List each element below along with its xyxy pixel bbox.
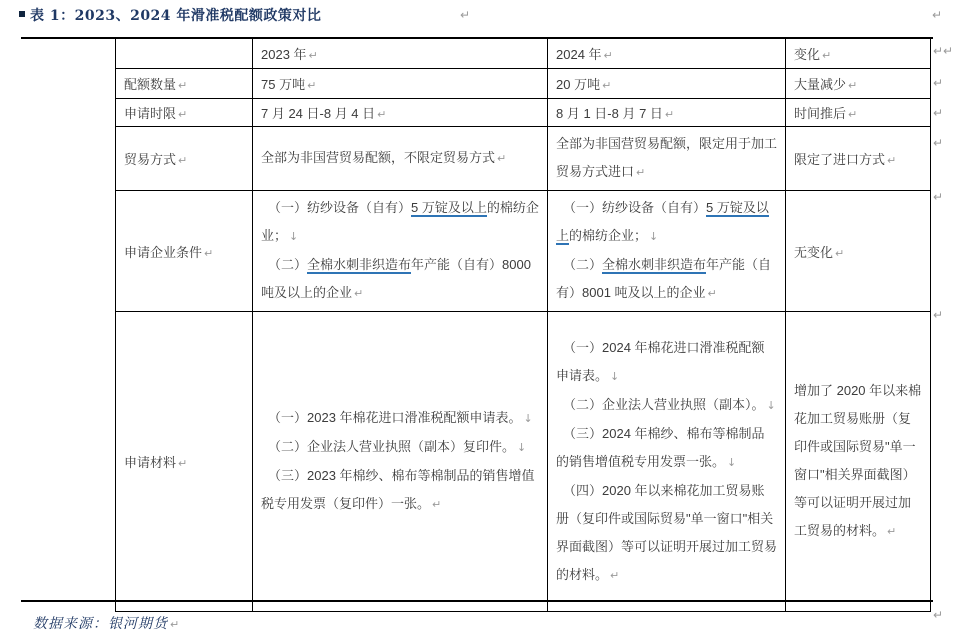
row-label-text: 配额数量 xyxy=(124,77,176,92)
cell-end-mark-icon: ↵ xyxy=(178,457,187,470)
item-text: （四）2020 年以来棉花加工贸易账册（复印件或国际贸易"单一窗口"相关界面截图… xyxy=(556,483,777,582)
table-row-deadline: 申请时限↵ 7 月 24 日-8 月 4 日↵ 8 月 1 日-8 月 7 日↵… xyxy=(116,99,931,127)
header-2023-text: 2023 年 xyxy=(261,47,307,62)
table-header-row: 2023 年↵ 2024 年↵ 变化↵ xyxy=(116,39,931,69)
cell-text: 增加了 2020 年以来棉花加工贸易账册（复印件或国际贸易"单一窗口"相关界面截… xyxy=(794,383,921,538)
underlined-text: 全棉水刺非织造布 xyxy=(602,257,706,274)
cell-text: 8 月 1 日-8 月 7 日 xyxy=(556,106,663,121)
item-text: （三）2023 年棉纱、棉布等棉制品的销售增值税专用发票（复印件）一张。 xyxy=(261,468,535,511)
quota-2024-cell: 20 万吨↵ xyxy=(548,69,786,99)
cell-text: 75 万吨 xyxy=(261,77,305,92)
data-source-note: 数据来源：银河期货↵ xyxy=(33,613,180,633)
cell-end-mark-icon: ↵ xyxy=(848,108,857,121)
item-text: （二）企业法人营业执照（副本）复印件。 xyxy=(268,439,515,454)
table-row-quota: 配额数量↵ 75 万吨↵ 20 万吨↵ 大量减少↵ xyxy=(116,69,931,99)
cell-end-mark-icon: ↵ xyxy=(307,79,316,92)
item-text: （一）2024 年棉花进口滑准税配额申请表。 xyxy=(556,340,765,383)
condition-item: （二）全棉水刺非织造布年产能（自有）8001 吨及以上的企业↵ xyxy=(556,251,777,308)
item-text: （一）纺纱设备（自有） xyxy=(268,200,411,215)
deadline-2024-cell: 8 月 1 日-8 月 7 日↵ xyxy=(548,99,786,127)
material-item: （四）2020 年以来棉花加工贸易账册（复印件或国际贸易"单一窗口"相关界面截图… xyxy=(556,477,777,590)
row-end-mark-icon: ↵ xyxy=(933,190,943,204)
table-row-enterprise-conditions: 申请企业条件↵ （一）纺纱设备（自有）5 万锭及以上的棉纺企业；↓ （二）全棉水… xyxy=(116,191,931,312)
header-cell-2024: 2024 年↵ xyxy=(548,39,786,69)
cell-text: 20 万吨 xyxy=(556,77,600,92)
policy-comparison-table: 2023 年↵ 2024 年↵ 变化↵ 配额数量↵ 75 万吨↵ 20 万吨↵ … xyxy=(115,38,931,612)
cell-end-mark-icon: ↵ xyxy=(636,166,645,179)
item-text: （二） xyxy=(563,257,602,272)
trade-mode-change-cell: 限定了进口方式↵ xyxy=(786,127,931,191)
trade-mode-2024-cell: 全部为非国营贸易配额，限定用于加工贸易方式进口↵ xyxy=(548,127,786,191)
cell-end-mark-icon: ↵ xyxy=(602,79,611,92)
row-end-mark-icon: ↵ xyxy=(933,308,943,322)
material-item: （三）2023 年棉纱、棉布等棉制品的销售增值税专用发票（复印件）一张。↵ xyxy=(261,462,539,519)
row-label-quota: 配额数量↵ xyxy=(116,69,253,99)
line-break-mark-icon: ↓ xyxy=(517,441,526,454)
row-end-mark-icon: ↵ xyxy=(933,136,943,150)
paragraph-mark-icon: ↵ xyxy=(460,8,470,22)
paragraph-mark-icon: ↵ xyxy=(170,618,180,631)
caption-bullet-icon xyxy=(19,11,25,17)
underlined-text: 全棉水刺非织造布 xyxy=(307,257,411,274)
cell-text: 全部为非国营贸易配额，限定用于加工贸易方式进口 xyxy=(556,136,777,179)
trade-mode-2023-cell: 全部为非国营贸易配额，不限定贸易方式↵ xyxy=(253,127,548,191)
cell-end-mark-icon: ↵ xyxy=(708,287,717,300)
line-break-mark-icon: ↓ xyxy=(524,412,533,425)
cell-text: 无变化 xyxy=(794,245,833,260)
line-break-mark-icon: ↓ xyxy=(727,456,736,469)
item-text: （二） xyxy=(268,257,307,272)
table-caption: 表 1：2023、2024 年滑准税配额政策对比 xyxy=(19,5,321,25)
cell-end-mark-icon: ↵ xyxy=(204,247,213,260)
row-end-mark-icon: ↵ xyxy=(933,608,943,622)
cell-end-mark-icon: ↵ xyxy=(610,569,619,582)
table-row-trade-mode: 贸易方式↵ 全部为非国营贸易配额，不限定贸易方式↵ 全部为非国营贸易配额，限定用… xyxy=(116,127,931,191)
row-label-deadline: 申请时限↵ xyxy=(116,99,253,127)
materials-change-cell: 增加了 2020 年以来棉花加工贸易账册（复印件或国际贸易"单一窗口"相关界面截… xyxy=(786,312,931,612)
cell-end-mark-icon: ↵ xyxy=(497,152,506,165)
row-label-text: 申请企业条件 xyxy=(124,245,202,260)
bottom-rule xyxy=(21,600,933,602)
document-page: 表 1：2023、2024 年滑准税配额政策对比 ↵ ↵ 2023 年↵ 202… xyxy=(0,0,967,642)
item-text: 的棉纺企业； xyxy=(569,228,647,243)
row-label-trade-mode: 贸易方式↵ xyxy=(116,127,253,191)
cell-end-mark-icon: ↵ xyxy=(835,247,844,260)
deadline-2023-cell: 7 月 24 日-8 月 4 日↵ xyxy=(253,99,548,127)
conditions-change-cell: 无变化↵ xyxy=(786,191,931,312)
conditions-2024-cell: （一）纺纱设备（自有）5 万锭及以上的棉纺企业；↓ （二）全棉水刺非织造布年产能… xyxy=(548,191,786,312)
cell-text: 大量减少 xyxy=(794,77,846,92)
cell-end-mark-icon: ↵ xyxy=(887,525,896,538)
data-source-text: 数据来源：银河期货 xyxy=(33,616,168,632)
row-label-text: 申请材料 xyxy=(124,455,176,470)
condition-item: （二）全棉水刺非织造布年产能（自有）8000 吨及以上的企业↵ xyxy=(261,251,539,308)
cell-end-mark-icon: ↵ xyxy=(822,49,831,62)
item-text: （一）2023 年棉花进口滑准税配额申请表。 xyxy=(268,410,522,425)
line-break-mark-icon: ↓ xyxy=(649,230,658,243)
cell-end-mark-icon: ↵ xyxy=(178,79,187,92)
header-cell-change: 变化↵ xyxy=(786,39,931,69)
material-item: （二）企业法人营业执照（副本）复印件。↓ xyxy=(261,433,539,462)
row-label-application-materials: 申请材料↵ xyxy=(116,312,253,612)
materials-2023-cell: （一）2023 年棉花进口滑准税配额申请表。↓ （二）企业法人营业执照（副本）复… xyxy=(253,312,548,612)
underlined-text: 5 万锭及以上 xyxy=(411,200,487,217)
cell-end-mark-icon: ↵ xyxy=(665,108,674,121)
table-caption-text: 表 1：2023、2024 年滑准税配额政策对比 xyxy=(30,8,321,24)
cell-end-mark-icon: ↵ xyxy=(377,108,386,121)
condition-item: （一）纺纱设备（自有）5 万锭及以上的棉纺企业；↓ xyxy=(261,194,539,251)
cell-text: 全部为非国营贸易配额，不限定贸易方式 xyxy=(261,150,495,165)
row-end-mark-icon: ↵↵ xyxy=(933,44,953,58)
material-item: （二）企业法人营业执照（副本）。↓ xyxy=(556,391,777,420)
cell-text: 7 月 24 日-8 月 4 日 xyxy=(261,106,375,121)
row-end-mark-icon: ↵ xyxy=(933,76,943,90)
cell-end-mark-icon: ↵ xyxy=(178,108,187,121)
line-break-mark-icon: ↓ xyxy=(610,370,619,383)
conditions-2023-cell: （一）纺纱设备（自有）5 万锭及以上的棉纺企业；↓ （二）全棉水刺非织造布年产能… xyxy=(253,191,548,312)
row-label-text: 申请时限 xyxy=(124,106,176,121)
cell-end-mark-icon: ↵ xyxy=(309,49,318,62)
materials-2024-cell: （一）2024 年棉花进口滑准税配额申请表。↓ （二）企业法人营业执照（副本）。… xyxy=(548,312,786,612)
paragraph-mark-icon: ↵ xyxy=(932,8,942,22)
quota-2023-cell: 75 万吨↵ xyxy=(253,69,548,99)
row-label-text: 贸易方式 xyxy=(124,152,176,167)
header-change-text: 变化 xyxy=(794,47,820,62)
line-break-mark-icon: ↓ xyxy=(767,399,776,412)
cell-end-mark-icon: ↵ xyxy=(354,287,363,300)
header-cell-empty xyxy=(116,39,253,69)
item-text: （二）企业法人营业执照（副本）。 xyxy=(563,397,765,412)
header-2024-text: 2024 年 xyxy=(556,47,602,62)
cell-end-mark-icon: ↵ xyxy=(604,49,613,62)
row-label-enterprise-conditions: 申请企业条件↵ xyxy=(116,191,253,312)
header-cell-2023: 2023 年↵ xyxy=(253,39,548,69)
cell-end-mark-icon: ↵ xyxy=(432,498,441,511)
line-break-mark-icon: ↓ xyxy=(289,230,298,243)
item-text: （一）纺纱设备（自有） xyxy=(563,200,706,215)
quota-change-cell: 大量减少↵ xyxy=(786,69,931,99)
material-item: （一）2023 年棉花进口滑准税配额申请表。↓ xyxy=(261,404,539,433)
table-row-application-materials: 申请材料↵ （一）2023 年棉花进口滑准税配额申请表。↓ （二）企业法人营业执… xyxy=(116,312,931,612)
cell-text: 时间推后 xyxy=(794,106,846,121)
cell-end-mark-icon: ↵ xyxy=(848,79,857,92)
cell-text: 限定了进口方式 xyxy=(794,152,885,167)
row-end-mark-icon: ↵ xyxy=(933,106,943,120)
material-item: （三）2024 年棉纱、棉布等棉制品的销售增值税专用发票一张。↓ xyxy=(556,420,777,477)
condition-item: （一）纺纱设备（自有）5 万锭及以上的棉纺企业；↓ xyxy=(556,194,777,251)
cell-end-mark-icon: ↵ xyxy=(178,154,187,167)
cell-end-mark-icon: ↵ xyxy=(887,154,896,167)
material-item: （一）2024 年棉花进口滑准税配额申请表。↓ xyxy=(556,334,777,391)
deadline-change-cell: 时间推后↵ xyxy=(786,99,931,127)
